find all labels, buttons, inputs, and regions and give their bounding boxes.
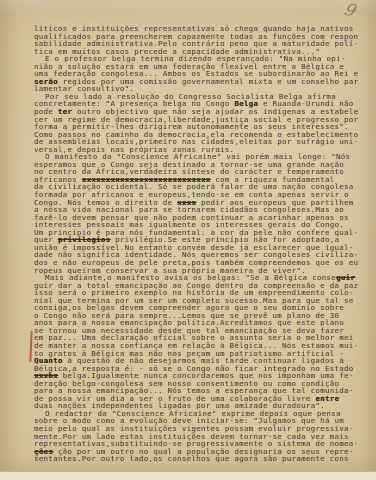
document-page: 9 líticos e instituições representativas… [0, 0, 376, 480]
line-text: sentantes.Por outro lado,os conselhos qu… [34, 454, 349, 463]
red-margin-annotation [29, 331, 32, 362]
paper-bottom-edge [0, 471, 376, 480]
typewritten-text: líticos e instituições representativas s… [34, 25, 364, 463]
handwritten-page-mark: 9 [342, 0, 359, 22]
text-line: sentantes.Por outro lado,os conselhos qu… [34, 455, 364, 463]
